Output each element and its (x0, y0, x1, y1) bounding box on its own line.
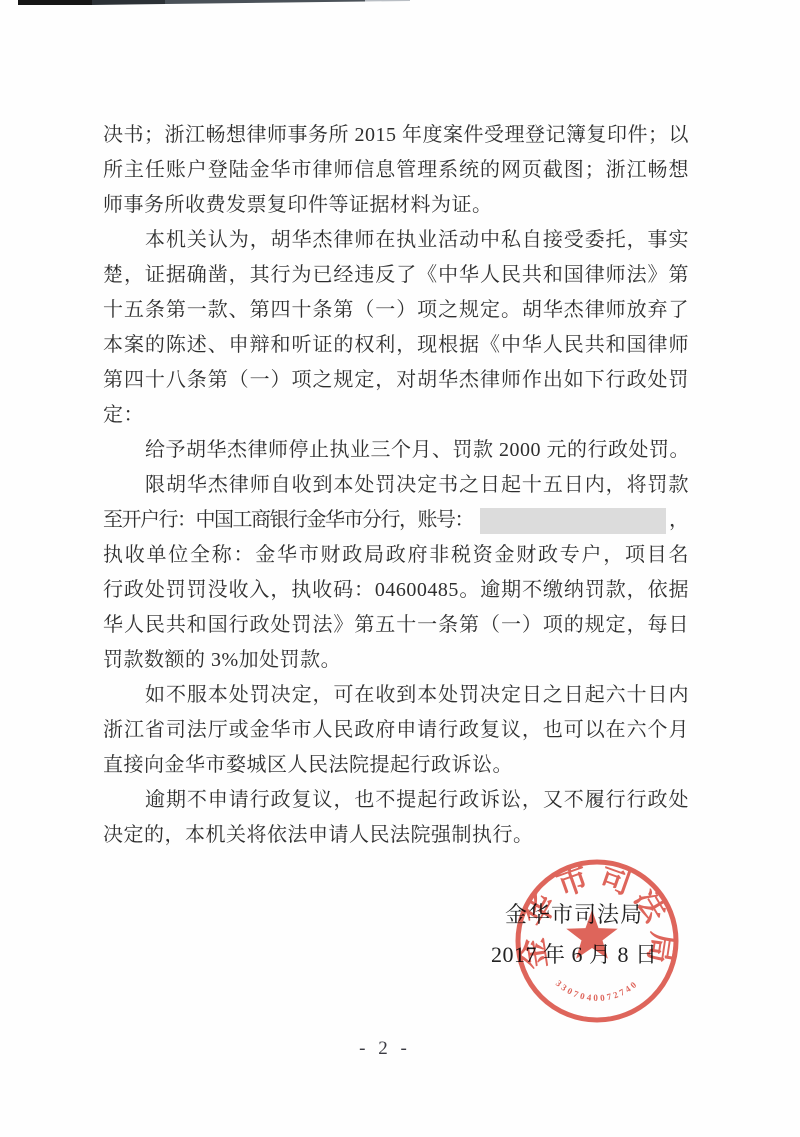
body-line: 逾期不申请行政复议，也不提起行政诉讼，又不履行行政处罚 (103, 783, 689, 818)
body-line: 限胡华杰律师自收到本处罚决定书之日起十五日内，将罚款缴 (103, 468, 689, 503)
signature-issuer: 金华市司法局 (505, 898, 643, 929)
body-line: 至开户行：中国工商银行金华市分行，账号：， (103, 503, 689, 538)
body-line: 师事务所收费发票复印件等证据材料为证。 (103, 188, 689, 223)
body-line: 如不服本处罚决定，可在收到本处罚决定日之日起六十日内向 (103, 678, 689, 713)
body-line: 所主任账户登陆金华市律师信息管理系统的网页截图；浙江畅想律 (103, 153, 689, 188)
scanned-document-page: 决书；浙江畅想律师事务所 2015 年度案件受理登记簿复印件；以律所主任账户登陆… (0, 0, 800, 1137)
svg-text:3307040072740: 3307040072740 (554, 978, 640, 1003)
body-line: 第四十八条第（一）项之规定，对胡华杰律师作出如下行政处罚决 (103, 363, 689, 398)
body-line: 华人民共和国行政处罚法》第五十一条第（一）项的规定，每日按 (103, 608, 689, 643)
body-line: 本案的陈述、申辩和听证的权利，现根据《中华人民共和国律师法》 (103, 328, 689, 363)
signature-date: 2017 年 6 月 8 日 (491, 938, 658, 969)
body-line: 给予胡华杰律师停止执业三个月、罚款 2000 元的行政处罚。 (103, 433, 689, 468)
body-line-text: 至开户行：中国工商银行金华市分行，账号： (103, 503, 473, 538)
body-line: 十五条第一款、第四十条第（一）项之规定。胡华杰律师放弃了对 (103, 293, 689, 328)
body-line: 直接向金华市婺城区人民法院提起行政诉讼。 (103, 748, 689, 783)
scan-artifact-line (0, 0, 420, 12)
body-line: 罚款数额的 3%加处罚款。 (103, 643, 689, 678)
body-text: 决书；浙江畅想律师事务所 2015 年度案件受理登记簿复印件；以律所主任账户登陆… (103, 118, 689, 853)
body-line: 楚，证据确凿，其行为已经违反了《中华人民共和国律师法》第二 (103, 258, 689, 293)
body-line: 行政处罚罚没收入，执收码：04600485。逾期不缴纳罚款，依据《中 (103, 573, 689, 608)
body-line: 本机关认为，胡华杰律师在执业活动中私自接受委托，事实清 (103, 223, 689, 258)
body-line: 浙江省司法厅或金华市人民政府申请行政复议，也可以在六个月内 (103, 713, 689, 748)
seal-code: 3307040072740 (554, 978, 640, 1003)
redacted-account-number (480, 508, 666, 534)
body-line: 定： (103, 398, 689, 433)
body-line: 决定的，本机关将依法申请人民法院强制执行。 (103, 818, 689, 853)
page-number: - 2 - (0, 1038, 770, 1060)
body-line: 决书；浙江畅想律师事务所 2015 年度案件受理登记簿复印件；以律 (103, 118, 689, 153)
body-line-text: ， (669, 503, 689, 538)
body-line: 执收单位全称：金华市财政局政府非税资金财政专户，项目名称： (103, 538, 689, 573)
